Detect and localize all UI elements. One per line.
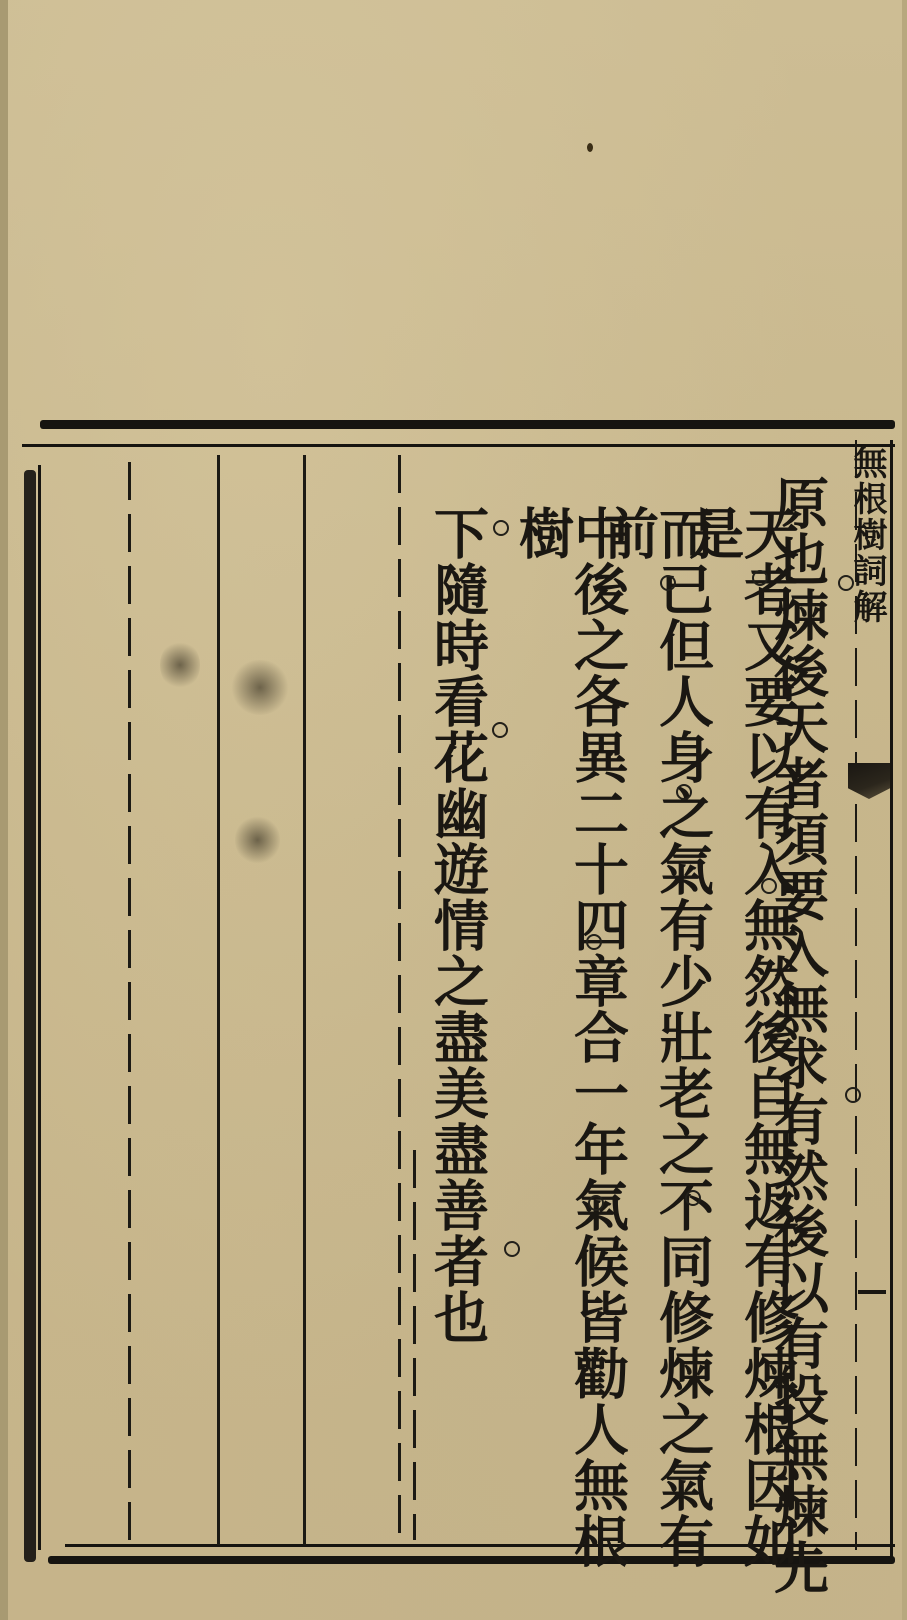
frame-left-thick-rule (24, 470, 36, 1562)
punctuation-circle (588, 1195, 604, 1211)
ink-smudge (235, 815, 280, 865)
margin-title: 無根樹詞解 (850, 445, 884, 625)
punctuation-circle (845, 1087, 861, 1103)
punctuation-circle (752, 570, 768, 586)
frame-top-thick-rule (40, 420, 895, 429)
page-right-edge (902, 0, 907, 1620)
ink-smudge (160, 640, 200, 690)
column-divider (217, 455, 220, 1545)
frame-right-thin-rule (890, 440, 893, 1560)
frame-left-thin-rule (38, 465, 41, 1550)
punctuation-circle (492, 722, 508, 738)
page-number (858, 1290, 886, 1294)
punctuation-circle (838, 575, 854, 591)
column-divider (398, 455, 401, 1545)
frame-top-thin-rule (22, 444, 895, 447)
column-divider (128, 462, 131, 1547)
punctuation-circle (685, 1190, 701, 1206)
page-left-edge (0, 0, 8, 1620)
column-divider (413, 1150, 416, 1540)
punctuation-circle (586, 934, 602, 950)
punctuation-circle (761, 878, 777, 894)
text-column-5: 下隨時看花幽遊情之盡美盡善者也 (430, 505, 485, 1345)
punctuation-circle (504, 1241, 520, 1257)
punctuation-circle (676, 784, 692, 800)
wormhole-spot (587, 143, 593, 152)
ink-smudge (230, 660, 290, 715)
punctuation-circle (493, 520, 509, 536)
text-column-4: 中後之各異二十四章合一年氣候皆勸人無根樹 (515, 505, 625, 1620)
punctuation-circle (660, 575, 676, 591)
column-divider (303, 455, 306, 1545)
